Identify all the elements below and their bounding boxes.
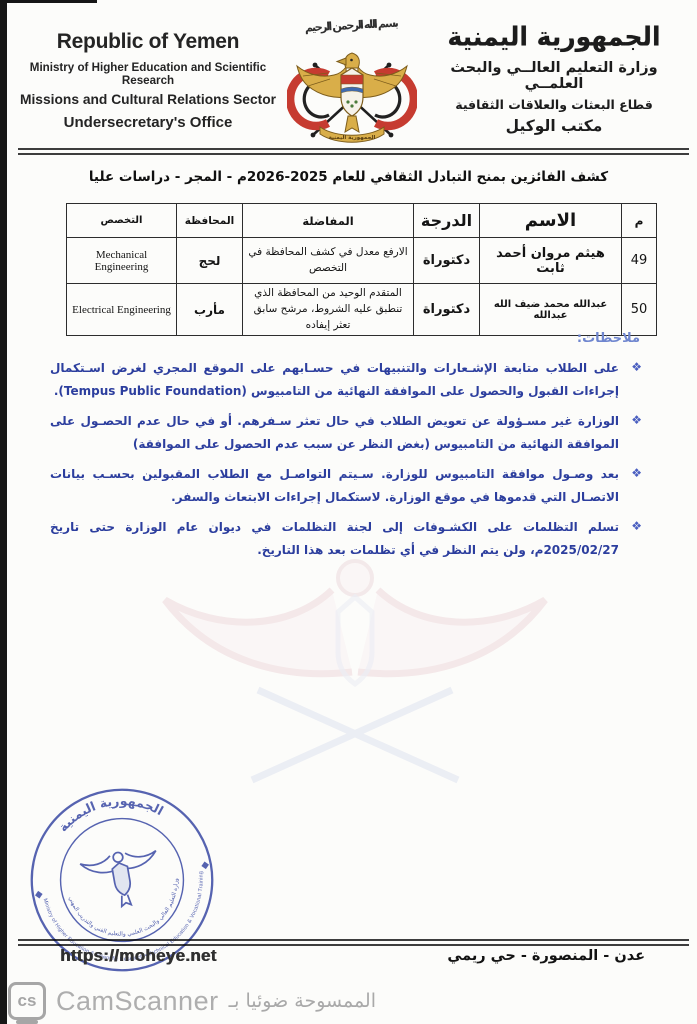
diamond-bullet-icon: ❖ xyxy=(628,516,642,562)
ministry-address: عدن - المنصورة - حي ريمي xyxy=(447,948,645,964)
cell-specialty: Mechanical Engineering xyxy=(67,238,177,284)
notes-heading: ملاحظات: xyxy=(577,331,640,346)
country-name-calligraphy: الجمهورية اليمنية xyxy=(420,21,688,51)
diamond-bullet-icon: ❖ xyxy=(628,410,642,456)
cell-specialty: Electrical Engineering xyxy=(67,284,177,336)
list-item: ❖ تسلم التظلمات على الكشـوفات إلى لجنة ا… xyxy=(50,516,642,562)
cell-governorate: مأرب xyxy=(177,284,243,336)
scanned-with-text: الممسوحة ضوئيا بـ xyxy=(229,990,376,1012)
cell-name: عبدالله محمد ضيف الله عبدالله xyxy=(480,284,622,336)
emblem-ribbon-text: الجمهورية اليمنية xyxy=(329,135,376,141)
scan-edge-left xyxy=(0,0,7,1024)
office-name-ar: مكتب الوكيل xyxy=(420,117,688,135)
winners-table: م الاسم الدرجة المفاضلة المحافظة التخصص … xyxy=(66,203,657,336)
table-row: 49 هيثم مروان أحمد ثابت دكتوراة الارفع م… xyxy=(67,238,657,284)
list-item: ❖ على الطلاب متابعة الإشـعارات والتنبيها… xyxy=(50,357,642,403)
stamp-eagle-icon xyxy=(79,846,164,912)
camscanner-brand-text: CamScanner xyxy=(56,986,219,1017)
notes-list: ❖ على الطلاب متابعة الإشـعارات والتنبيها… xyxy=(50,357,642,569)
note-text: بعد وصـول موافقة التامبيوس للوزارة. سـيت… xyxy=(50,463,619,509)
letterhead-arabic: الجمهورية اليمنية وزارة التعليم العالــي… xyxy=(420,22,688,135)
col-header-degree: الدرجة xyxy=(414,204,480,238)
note-text: على الطلاب متابعة الإشـعارات والتنبيهات … xyxy=(50,357,619,403)
col-header-number: م xyxy=(622,204,657,238)
list-item: ❖ الوزارة غير مسـؤولة عن تعويض الطلاب في… xyxy=(50,410,642,456)
col-header-criteria: المفاضلة xyxy=(243,204,414,238)
ministry-name-en: Ministry of Higher Education and Scienti… xyxy=(12,61,284,87)
cell-criteria: الارفع معدل في كشف المحافظة في التخصص xyxy=(243,238,414,284)
table-header-row: م الاسم الدرجة المفاضلة المحافظة التخصص xyxy=(67,204,657,238)
cell-criteria: المتقدم الوحيد من المحافظة الذي تنطبق عل… xyxy=(243,284,414,336)
yemen-emblem-icon: بسم الله الرحمن الرحيم xyxy=(287,5,417,149)
svg-text:الجمهورية اليمنية: الجمهورية اليمنية xyxy=(51,785,168,837)
ministry-website-url: https://moheye.net xyxy=(60,946,217,966)
note-text: الوزارة غير مسـؤولة عن تعويض الطلاب في ح… xyxy=(50,410,619,456)
cell-name: هيثم مروان أحمد ثابت xyxy=(480,238,622,284)
camscanner-bar: cs CamScanner الممسوحة ضوئيا بـ xyxy=(8,982,376,1020)
list-item: ❖ بعد وصـول موافقة التامبيوس للوزارة. سـ… xyxy=(50,463,642,509)
table-row: 50 عبدالله محمد ضيف الله عبدالله دكتوراة… xyxy=(67,284,657,336)
note-text: تسلم التظلمات على الكشـوفات إلى لجنة الت… xyxy=(50,516,619,562)
bismillah-calligraphy: بسم الله الرحمن الرحيم xyxy=(304,16,399,35)
col-header-name: الاسم xyxy=(480,204,622,238)
cell-degree: دكتوراة xyxy=(414,238,480,284)
letterhead-english: Republic of Yemen Ministry of Higher Edu… xyxy=(12,30,284,131)
office-name-en: Undersecretary's Office xyxy=(12,114,284,131)
document-title: كشف الفائزين بمنح التبادل الثقافي للعام … xyxy=(0,169,697,185)
sector-name-en: Missions and Cultural Relations Sector xyxy=(12,92,284,107)
scanned-document-page: Republic of Yemen Ministry of Higher Edu… xyxy=(0,0,697,1024)
cell-number: 50 xyxy=(622,284,657,336)
col-header-governorate: المحافظة xyxy=(177,204,243,238)
ministry-name-ar: وزارة التعليم العالــي والبحث العلمــي xyxy=(420,60,688,92)
country-name-en: Republic of Yemen xyxy=(12,30,284,54)
stamp-country-text: الجمهورية اليمنية xyxy=(51,785,168,837)
diamond-bullet-icon: ❖ xyxy=(628,357,642,403)
scan-edge-top xyxy=(0,0,97,3)
cell-degree: دكتوراة xyxy=(414,284,480,336)
cell-number: 49 xyxy=(622,238,657,284)
sector-name-ar: قطاع البعثات والعلاقات الثقافية xyxy=(420,97,688,112)
camscanner-logo-icon: cs xyxy=(8,982,46,1020)
col-header-specialty: التخصص xyxy=(67,204,177,238)
diamond-bullet-icon: ❖ xyxy=(628,463,642,509)
cell-governorate: لحج xyxy=(177,238,243,284)
header-divider xyxy=(18,148,689,155)
